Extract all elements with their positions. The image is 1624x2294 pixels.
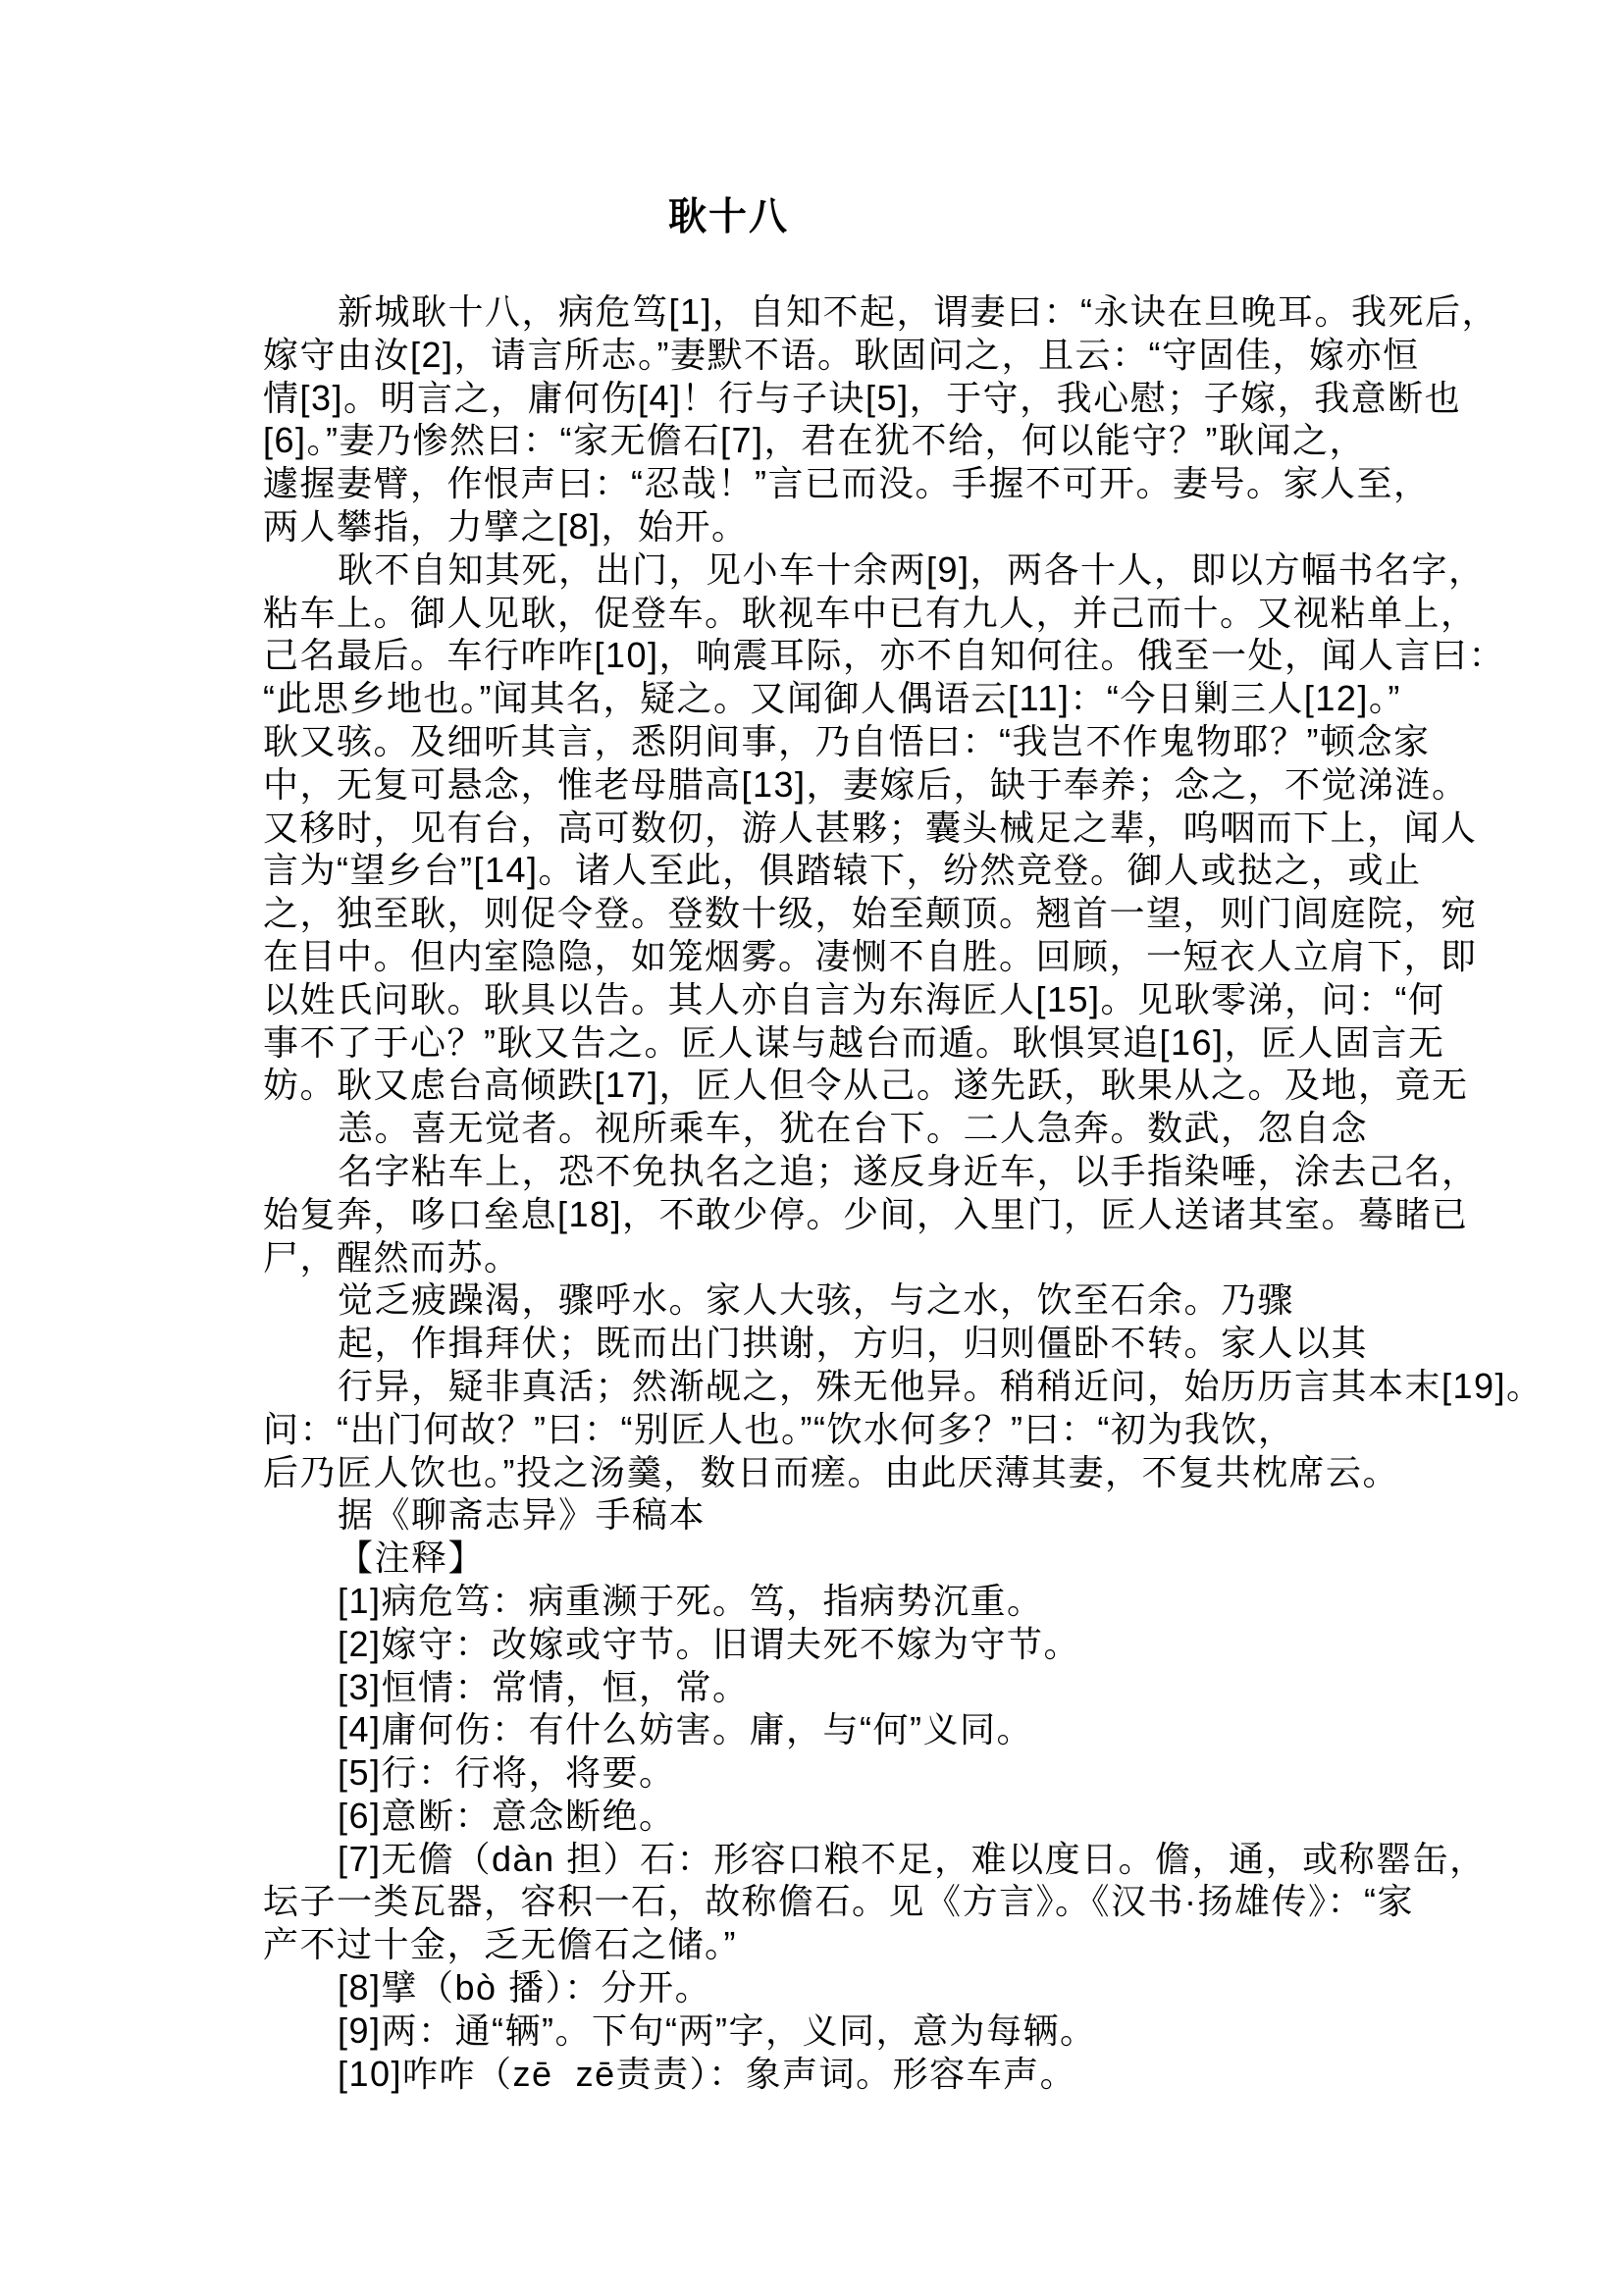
text-line: [8]擘（bò 播）：分开。	[263, 1966, 1447, 2009]
text-line: [3]恒情：常情，恒，常。	[263, 1666, 1447, 1709]
text-line: [6]。”妻乃惨然曰：“家无儋石[7]，君在犹不给，何以能守？”耿闻之，	[263, 419, 1447, 462]
text-line: [6]意断：意念断绝。	[263, 1795, 1447, 1838]
text-line: [1]病危笃：病重濒于死。笃，指病势沉重。	[263, 1580, 1447, 1623]
text-line: 遽握妻臂，作恨声曰：“忍哉！”言已而没。手握不可开。妻号。家人至，	[263, 462, 1447, 505]
text-line: 言为“望乡台”[14]。诸人至此，俱踏辕下，纷然竞登。御人或挞之，或止	[263, 849, 1447, 892]
text-line: [10]咋咋（zē zē责责）：象声词。形容车声。	[263, 2053, 1447, 2096]
text-line: 后乃匠人饮也。”投之汤羹，数日而瘥。由此厌薄其妻，不复共枕席云。	[263, 1451, 1447, 1494]
text-line: 以姓氏问耿。耿具以告。其人亦自言为东海匠人[15]。见耿零涕，问：“何	[263, 978, 1447, 1021]
text-line: 在目中。但内室隐隐，如笼烟雾。凄恻不自胜。回顾，一短衣人立肩下，即	[263, 935, 1447, 978]
text-line: 据《聊斋志异》手稿本	[263, 1493, 1447, 1537]
text-line: 情[3]。明言之，庸何伤[4]！行与子诀[5]，于守，我心慰；子嫁，我意断也	[263, 377, 1447, 420]
document-body: 新城耿十八，病危笃[1]，自知不起，谓妻曰：“永诀在旦晚耳。我死后，嫁守由汝[2…	[0, 290, 1624, 2095]
text-line: 始复奔，哆口垒息[18]，不敢少停。少间，入里门，匠人送诸其室。蓦睹已	[263, 1193, 1447, 1236]
text-line: 问：“出门何故？”曰：“别匠人也。”“饮水何多？”曰：“初为我饮，	[263, 1408, 1447, 1451]
text-line: 耿不自知其死，出门，见小车十余两[9]，两各十人，即以方幅书名字，	[263, 548, 1447, 592]
text-line: [2]嫁守：改嫁或守节。旧谓夫死不嫁为守节。	[263, 1623, 1447, 1666]
text-line: 名字粘车上，恐不免执名之追；遂反身近车，以手指染唾，涂去己名，	[263, 1150, 1447, 1193]
document-page: 耿十八 新城耿十八，病危笃[1]，自知不起，谓妻曰：“永诀在旦晚耳。我死后，嫁守…	[0, 0, 1624, 2294]
text-line: 己名最后。车行咋咋[10]，响震耳际，亦不自知何往。俄至一处，闻人言曰：	[263, 634, 1447, 677]
text-line: 事不了于心？”耿又告之。匠人谋与越台而遁。耿惧冥追[16]，匠人固言无	[263, 1021, 1447, 1065]
text-line: 粘车上。御人见耿，促登车。耿视车中已有九人，并己而十。又视粘单上，	[263, 592, 1447, 635]
text-line: 【注释】	[263, 1537, 1447, 1580]
text-line: 之，独至耿，则促令登。登数十级，始至颠顶。翘首一望，则门闾庭院，宛	[263, 892, 1447, 935]
document-title: 耿十八	[0, 0, 1624, 239]
text-line: 新城耿十八，病危笃[1]，自知不起，谓妻曰：“永诀在旦晚耳。我死后，	[263, 290, 1447, 334]
text-line: [7]无儋（dàn 担）石：形容口粮不足，难以度日。儋，通，或称罂缶，	[263, 1838, 1447, 1881]
text-line: 嫁守由汝[2]，请言所志。”妻默不语。耿固问之，且云：“守固佳，嫁亦恒	[263, 334, 1447, 377]
text-line: [4]庸何伤：有什么妨害。庸，与“何”义同。	[263, 1708, 1447, 1751]
text-line: [5]行：行将，将要。	[263, 1751, 1447, 1795]
text-line: [9]两：通“辆”。下句“两”字，义同，意为每辆。	[263, 2009, 1447, 2053]
text-line: 中，无复可悬念，惟老母腊高[13]，妻嫁后，缺于奉养；念之，不觉涕涟。	[263, 763, 1447, 807]
text-line: 起，作揖拜伏；既而出门拱谢，方归，归则僵卧不转。家人以其	[263, 1322, 1447, 1365]
text-line: 觉乏疲躁渴，骤呼水。家人大骇，与之水，饮至石余。乃骤	[263, 1278, 1447, 1322]
text-line: 妨。耿又虑台高倾跌[17]，匠人但令从己。遂先跃，耿果从之。及地，竟无	[263, 1064, 1447, 1107]
text-line: 两人攀指，力擘之[8]，始开。	[263, 505, 1447, 548]
text-line: 产不过十金，乏无儋石之储。”	[263, 1923, 1447, 1966]
text-line: 又移时，见有台，高可数仞，游人甚夥；囊头械足之辈，呜咽而下上，闻人	[263, 807, 1447, 850]
text-line: 耿又骇。及细听其言，悉阴间事，乃自悟曰：“我岂不作鬼物耶？”顿念家	[263, 720, 1447, 763]
text-line: “此思乡地也。”闻其名，疑之。又闻御人偶语云[11]：“今日剿三人[12]。”	[263, 677, 1447, 720]
text-line: 恙。喜无觉者。视所乘车，犹在台下。二人急奔。数武，忽自念	[263, 1107, 1447, 1150]
text-line: 尸，醒然而苏。	[263, 1236, 1447, 1279]
text-line: 坛子一类瓦器，容积一石，故称儋石。见《方言》。《汉书·扬雄传》：“家	[263, 1880, 1447, 1923]
text-line: 行异，疑非真活；然渐觇之，殊无他异。稍稍近问，始历历言其本末[19]。	[263, 1365, 1447, 1408]
